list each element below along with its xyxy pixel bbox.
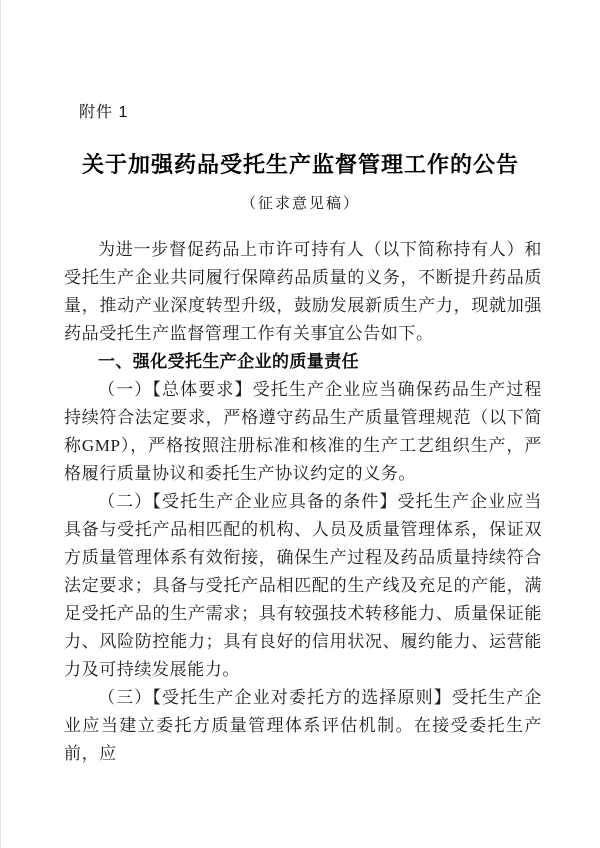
paragraph-client-selection-principles: （三）【受托生产企业对委托方的选择原则】受托生产企业应当建立委托方质量管理体系评… <box>64 684 542 768</box>
document-title: 关于加强药品受托生产监督管理工作的公告 <box>41 148 560 179</box>
document-subtitle: （征求意见稿） <box>41 192 560 213</box>
section-heading: 一、强化受托生产企业的质量责任 <box>64 348 542 376</box>
attachment-label: 附件 1 <box>79 99 128 122</box>
paragraph-contractor-conditions: （二）【受托生产企业应具备的条件】受托生产企业应当具备与受托产品相匹配的机构、人… <box>64 488 542 684</box>
intro-paragraph: 为进一步督促药品上市许可持有人（以下简称持有人）和受托生产企业共同履行保障药品质… <box>64 236 542 348</box>
paragraph-general-requirements: （一）【总体要求】受托生产企业应当确保药品生产过程持续符合法定要求，严格遵守药品… <box>64 376 542 488</box>
document-body: 为进一步督促药品上市许可持有人（以下简称持有人）和受托生产企业共同履行保障药品质… <box>64 236 542 768</box>
document-page: 附件 1 关于加强药品受托生产监督管理工作的公告 （征求意见稿） 为进一步督促药… <box>0 0 600 848</box>
